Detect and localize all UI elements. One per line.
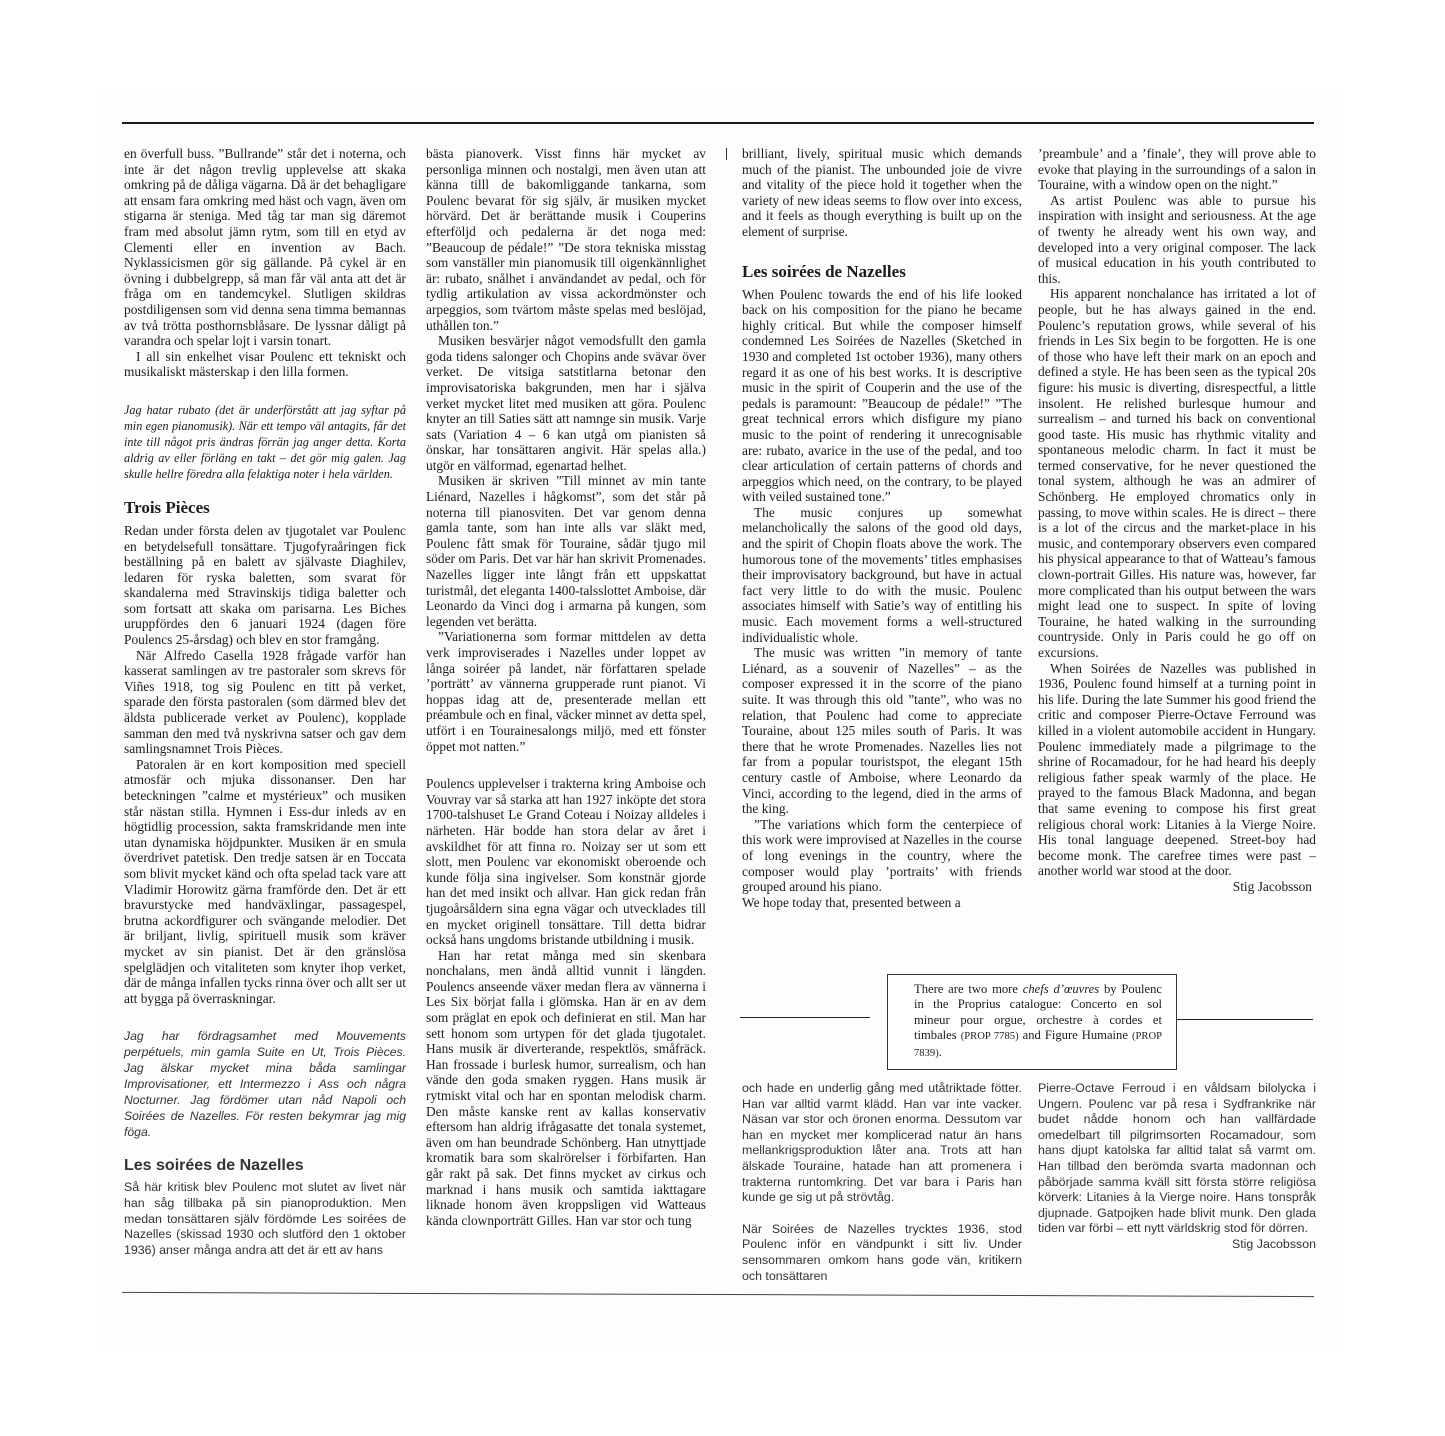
body-paragraph: bästa pianoverk. Visst finns här mycket … <box>426 146 706 333</box>
swedish-bottom-column-2: Pierre-Octave Ferroud i en våldsam bilol… <box>1038 1081 1316 1253</box>
body-paragraph-en: We hope today that, presented between a <box>742 895 1022 911</box>
body-paragraph-en: When Soirées de Nazelles was published i… <box>1038 661 1316 879</box>
body-paragraph: och hade en underlig gång med utåtriktad… <box>742 1081 1022 1206</box>
callout-rule-right <box>1173 1019 1313 1020</box>
callout-italic: chefs d’œuvres <box>1023 982 1099 996</box>
nazelles-paragraph-sv: Så här kritisk blev Poulenc mot slutet a… <box>124 1180 406 1258</box>
trois-paragraph: Redan under första delen av tjugotalet v… <box>124 523 406 648</box>
catalogue-callout-box: There are two more chefs d’œuvres by Pou… <box>887 974 1177 1070</box>
poulenc-quote-works: Jag har fördragsamhet med Mouvements per… <box>124 1028 406 1140</box>
body-paragraph-en: The music was written ”in memory of tant… <box>742 645 1022 817</box>
heading-trois-pieces: Trois Pièces <box>124 498 406 518</box>
trois-paragraph: När Alfredo Casella 1928 frågade varför … <box>124 648 406 757</box>
english-column-2: ’preambule’ and a ’finale’, they will pr… <box>1038 146 1316 895</box>
intro-paragraph: en överfull buss. ”Bullrande” står det i… <box>124 146 406 349</box>
body-paragraph: Poulencs upplevelser i trakterna kring A… <box>426 776 706 948</box>
body-paragraph: Musiken är skriven ”Till minnet av min t… <box>426 473 706 629</box>
author-signature-en: Stig Jacobsson <box>1038 879 1316 895</box>
swedish-column-1: en överfull buss. ”Bullrande” står det i… <box>124 146 406 1258</box>
body-paragraph: När Soirées de Nazelles trycktes 1936, s… <box>742 1222 1022 1284</box>
swedish-column-2: bästa pianoverk. Visst finns här mycket … <box>426 146 706 1228</box>
catalog-number: (PROP 7785) <box>961 1031 1019 1042</box>
body-paragraph: ”Variationerna som formar mittdelen av d… <box>426 629 706 754</box>
body-paragraph-en: ’preambule’ and a ’finale’, they will pr… <box>1038 146 1316 193</box>
body-paragraph-en: As artist Poulenc was able to pursue his… <box>1038 193 1316 287</box>
trois-paragraph: Patoralen är en kort komposition med spe… <box>124 757 406 1007</box>
top-rule <box>122 122 1314 124</box>
body-paragraph: Han har retat många med sin skenbara non… <box>426 948 706 1229</box>
heading-soirees-sv: Les soirées de Nazelles <box>124 1156 406 1176</box>
poulenc-quote-rubato: Jag hatar rubato (det är underförstått a… <box>124 402 406 482</box>
body-paragraph-en: When Poulenc towards the end of his life… <box>742 287 1022 505</box>
body-paragraph: Musiken besvärjer något vemodsfullt den … <box>426 333 706 473</box>
intro-paragraph-en: brilliant, lively, spiritual music which… <box>742 146 1022 240</box>
callout-rule-left <box>740 1017 870 1018</box>
body-paragraph: Pierre-Octave Ferroud i en våldsam bilol… <box>1038 1081 1316 1237</box>
body-paragraph-en: The music conjures up somewhat melanchol… <box>742 505 1022 645</box>
column-divider-mark <box>726 148 727 160</box>
heading-soirees-en: Les soirées de Nazelles <box>742 262 1022 282</box>
swedish-bottom-column-1: och hade en underlig gång med utåtriktad… <box>742 1081 1022 1284</box>
english-column-1: brilliant, lively, spiritual music which… <box>742 146 1022 910</box>
author-signature-sv: Stig Jacobsson <box>1038 1237 1316 1253</box>
body-paragraph-en: His apparent nonchalance has irritated a… <box>1038 286 1316 660</box>
body-paragraph-en: ”The variations which form the centerpie… <box>742 817 1022 895</box>
intro-paragraph: I all sin enkelhet visar Poulenc ett tek… <box>124 349 406 380</box>
